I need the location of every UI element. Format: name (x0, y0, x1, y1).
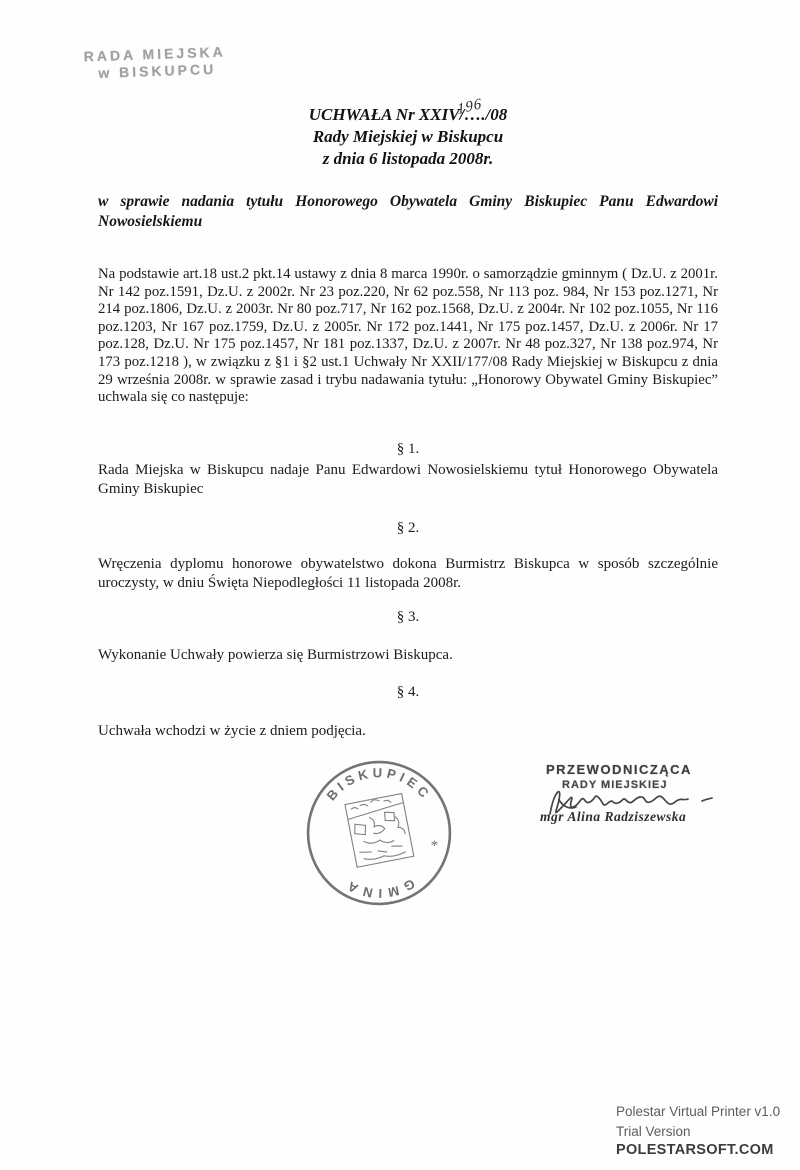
printer-watermark-line1: Polestar Virtual Printer v1.0 (616, 1102, 796, 1122)
resolution-title: UCHWAŁA Nr XXIV/…./08 196 Rady Miejskiej… (98, 104, 718, 170)
title-line3: z dnia 6 listopada 2008r. (98, 148, 718, 170)
printer-watermark: Polestar Virtual Printer v1.0 Trial Vers… (616, 1102, 796, 1161)
office-stamp-line2: w BISKUPCU (98, 61, 227, 82)
seal-coat-of-arms-icon (345, 794, 414, 868)
printer-watermark-line2: Trial Version (616, 1122, 796, 1142)
section-4-text: Uchwała wchodzi w życie z dniem podjęcia… (98, 722, 718, 741)
title-line1: UCHWAŁA Nr XXIV/…./08 196 (98, 104, 718, 126)
office-stamp: RADA MIEJSKA w BISKUPCU (83, 44, 226, 83)
seal-star-mark: * (431, 837, 439, 854)
section-3-heading: § 3. (98, 609, 718, 626)
signature-block: PRZEWODNICZĄCA RADY MIEJSKIEJ mgr Alina … (540, 762, 720, 825)
section-2-heading: § 2. (98, 520, 718, 537)
section-2-text: Wręczenia dyplomu honorowe obywatelstwo … (98, 555, 718, 593)
title-number-suffix: /08 (486, 105, 508, 124)
section-4-heading: § 4. (98, 684, 718, 701)
handwritten-signature (536, 780, 721, 828)
printer-watermark-brand: POLESTARSOFT.COM (616, 1141, 796, 1161)
section-1-text: Rada Miejska w Biskupcu nadaje Panu Edwa… (98, 461, 718, 499)
document-page: RADA MIEJSKA w BISKUPCU UCHWAŁA Nr XXIV/… (0, 0, 800, 1170)
legal-preamble: Na podstawie art.18 ust.2 pkt.14 ustawy … (98, 266, 718, 407)
title-number-prefix: UCHWAŁA Nr XXIV/ (309, 105, 465, 124)
municipal-seal-stamp: BISKUPIEC GMINA * (303, 757, 455, 909)
signatory-role-line1: PRZEWODNICZĄCA (546, 762, 720, 777)
resolution-subject: w sprawie nadania tytułu Honorowego Obyw… (98, 192, 718, 231)
section-3-text: Wykonanie Uchwały powierza się Burmistrz… (98, 646, 718, 665)
title-line2: Rady Miejskiej w Biskupcu (98, 126, 718, 148)
section-1-heading: § 1. (98, 441, 718, 458)
